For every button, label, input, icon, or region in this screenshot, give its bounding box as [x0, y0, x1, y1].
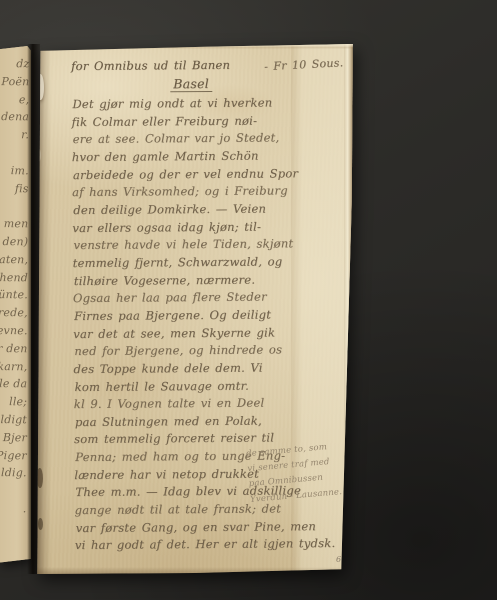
- diary-photo-background: dzPoëne,denar.im.fismenden)aten,hendlünt…: [0, 0, 497, 600]
- verso-line-fragment: den): [0, 233, 28, 251]
- manuscript-line: den deilige Domkirke. — Veien: [73, 200, 344, 220]
- manuscript-line: Ogsaa her laa paa flere Steder: [73, 288, 345, 308]
- verso-line-fragment: [0, 144, 29, 162]
- verso-line-fragment: e,: [0, 90, 29, 108]
- verso-line-fragment: men: [0, 215, 28, 233]
- binding-remnant: [37, 468, 43, 488]
- manuscript-line: kl 9. I Vognen talte vi en Deel: [74, 394, 346, 414]
- manuscript-line: var det at see, men Skyerne gik: [73, 323, 345, 343]
- manuscript-line: fik Colmar eller Freiburg nøi-: [71, 112, 343, 132]
- verso-line-fragment: dz: [0, 55, 30, 73]
- verso-line-fragment: karn,: [0, 357, 28, 375]
- verso-line-fragment: lünte.: [0, 286, 28, 304]
- verso-line-fragment: aten,: [0, 250, 28, 268]
- manuscript-line: ere at see. Colmar var jo Stedet,: [73, 129, 344, 149]
- verso-line-fragment: Poën: [0, 72, 29, 90]
- manuscript-line: var ellers ogsaa idag kjøn; til-: [72, 218, 344, 238]
- verso-line-fragment: dena: [0, 108, 29, 126]
- manuscript-line: des Toppe kunde dele dem. Vi: [73, 359, 345, 379]
- manuscript-line: var første Gang, og en svar Pine, men: [76, 518, 347, 538]
- manuscript-line: Firnes paa Bjergene. Og deiligt: [74, 306, 345, 326]
- verso-line-fragment: rede,: [0, 304, 28, 322]
- manuscript-first-line: for Omnibus ud til Banen: [71, 57, 230, 74]
- verso-line-fragment: Piger: [0, 446, 27, 464]
- page-top-edge: [36, 44, 353, 49]
- verso-text-fragments: dzPoëne,denar.im.fismenden)aten,hendlünt…: [0, 55, 30, 518]
- recto-page: for Omnibus ud til Banen - Fr 10 Sous. B…: [36, 44, 353, 574]
- verso-line-fragment: le da: [0, 375, 27, 393]
- verso-line-fragment: r.: [0, 126, 29, 144]
- verso-line-fragment: [0, 482, 27, 500]
- margin-note: de samme to, somvi senere traf medpaa Om…: [246, 437, 353, 508]
- manuscript-line: hvor den gamle Martin Schön: [72, 147, 344, 167]
- verso-line-fragment: ldigt: [0, 411, 27, 429]
- verso-line-fragment: levne.: [0, 322, 28, 340]
- manuscript-line: tilhøire Vogeserne, nærmere.: [74, 270, 345, 290]
- verso-line-fragment: er den: [0, 339, 28, 357]
- manuscript-line: vi har godt af det. Her er alt igjen tyd…: [75, 535, 347, 555]
- manuscript-line: af hans Virksomhed; og i Freiburg: [72, 182, 344, 202]
- manuscript-line: venstre havde vi hele Tiden, skjønt: [73, 235, 344, 255]
- manuscript-line: temmelig fjernt, Schwarzwald, og: [73, 253, 345, 273]
- folio-number: 61: [336, 555, 348, 564]
- section-heading-basel: Basel: [170, 76, 212, 92]
- manuscript-line: ned for Bjergene, og hindrede os: [74, 341, 345, 361]
- verso-line-fragment: hend: [0, 268, 28, 286]
- manuscript-line: kom hertil le Sauvage omtr.: [75, 376, 346, 396]
- expense-note: - Fr 10 Sous.: [264, 56, 344, 73]
- binding-remnant: [38, 518, 43, 530]
- verso-line-fragment: [0, 197, 29, 215]
- manuscript-line: Det gjør mig ondt at vi hverken: [72, 94, 343, 114]
- manuscript-line: arbeidede og der er vel endnu Spor: [73, 165, 344, 185]
- manuscript-first-row: for Omnibus ud til Banen - Fr 10 Sous.: [71, 56, 343, 74]
- page-bottom-shade: [36, 567, 353, 574]
- verso-line-fragment: .: [0, 500, 27, 518]
- verso-line-fragment: ldig.: [0, 464, 27, 482]
- verso-line-fragment: t Bjer: [0, 428, 27, 446]
- verso-line-fragment: im.: [0, 161, 29, 179]
- page-fore-edge: [344, 44, 353, 574]
- manuscript-line: paa Slutningen med en Polak,: [75, 412, 346, 432]
- verso-line-fragment: lle;: [0, 393, 27, 411]
- verso-line-fragment: fis: [0, 179, 29, 197]
